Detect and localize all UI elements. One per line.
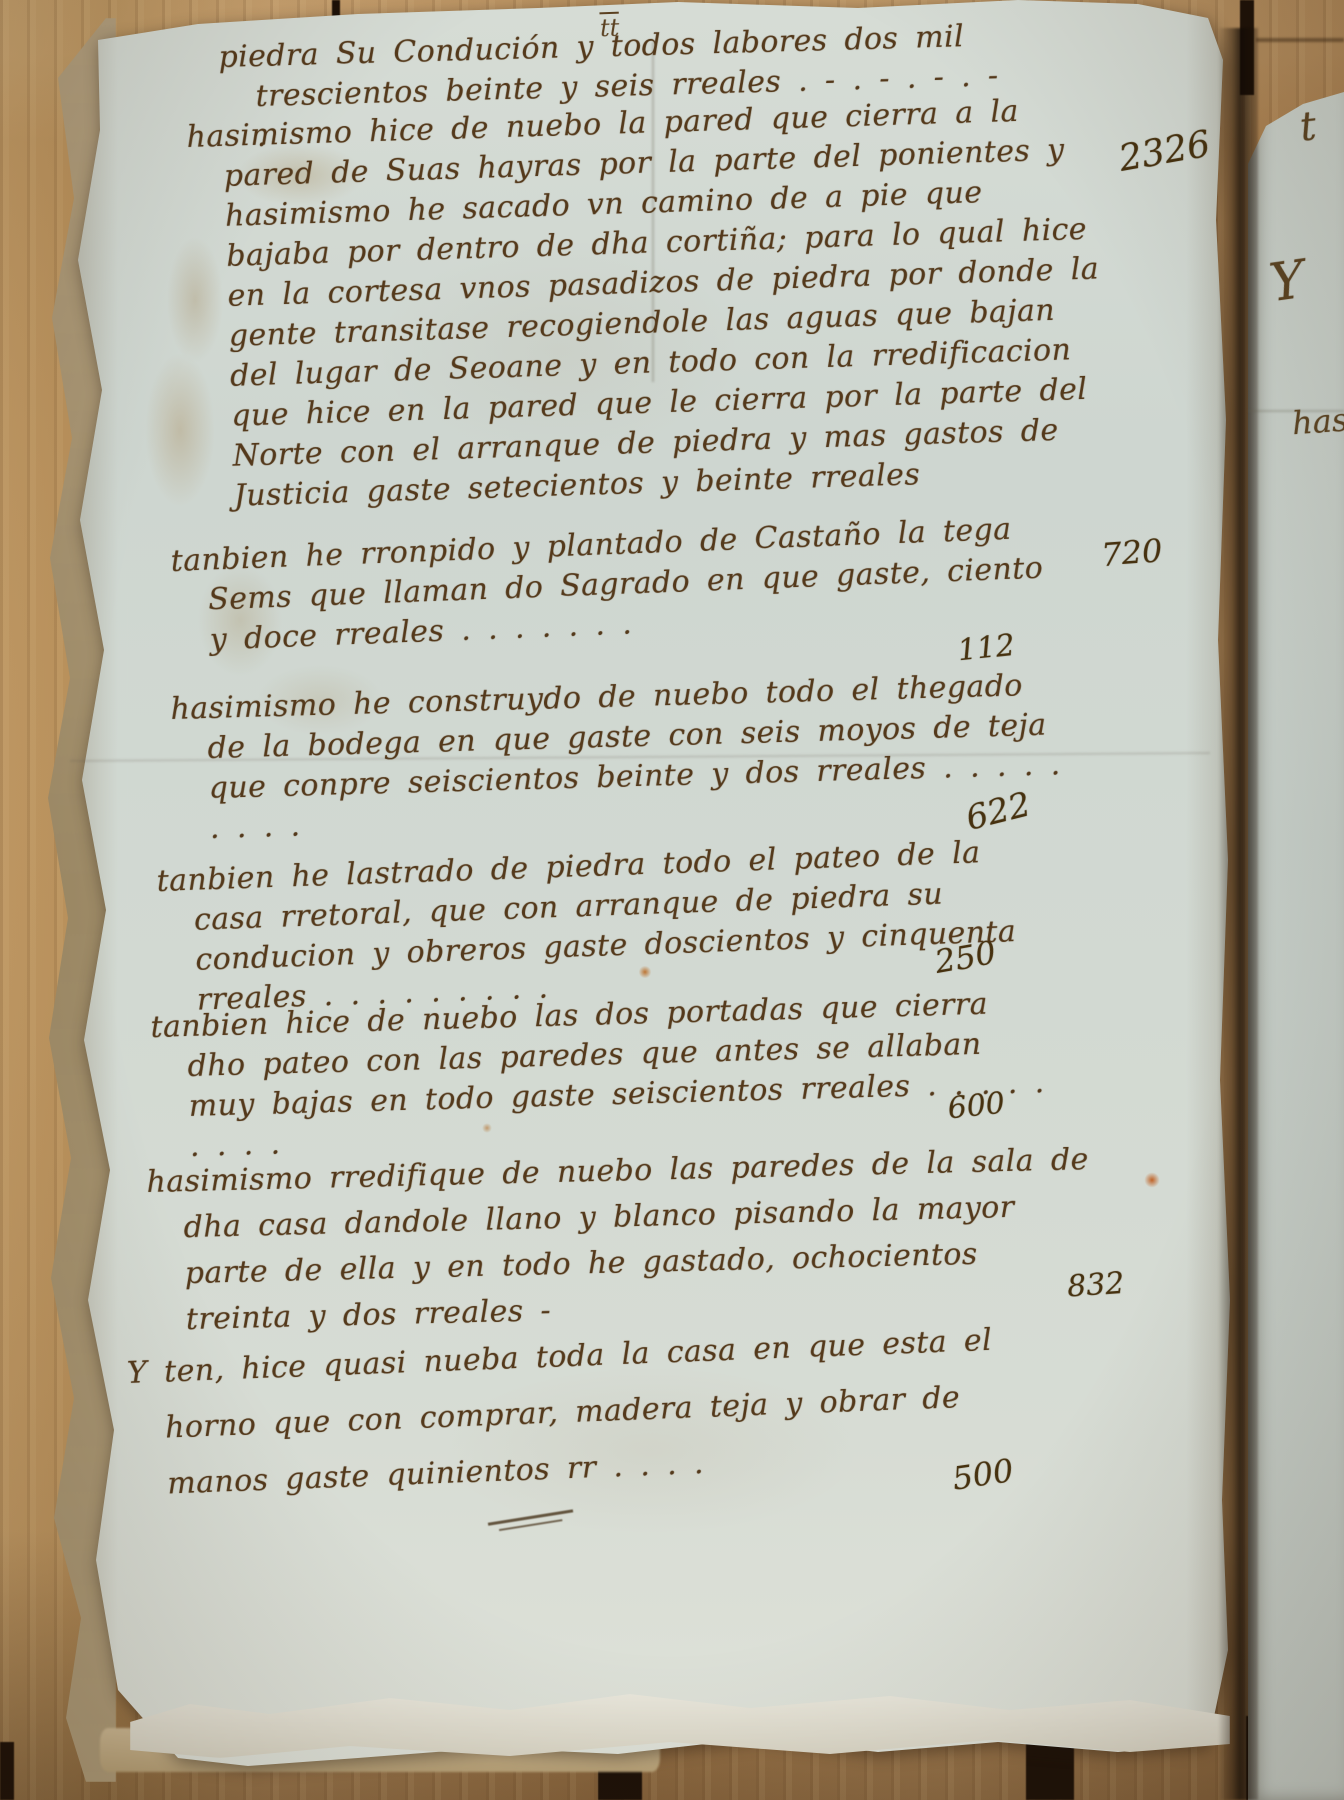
amount-value-3: 112 — [956, 628, 1017, 669]
manuscript-entry-8: Y ten, hice quasi nueba toda la casa en … — [126, 1310, 1058, 1513]
manuscript-entry-7: hasimismo rredifique de nuebo las parede… — [146, 1137, 1096, 1344]
page-gap-shadow — [1218, 28, 1258, 1800]
photo-stage: tt piedra Su Condución y todos labores d… — [0, 0, 1344, 1800]
manuscript-entry-4: hasimismo he construydo de nuebo todo el… — [170, 665, 1070, 850]
amount-value-7: 832 — [1066, 1266, 1126, 1305]
right-page-fragment-3: hasi — [1291, 400, 1344, 443]
manuscript-entry-2: hasimismo hice de nuebo la pared que cie… — [186, 89, 1106, 517]
amount-value-6: 600 — [946, 1086, 1007, 1127]
right-page — [1248, 54, 1344, 1800]
amount-value-2: 720 — [1100, 532, 1164, 574]
